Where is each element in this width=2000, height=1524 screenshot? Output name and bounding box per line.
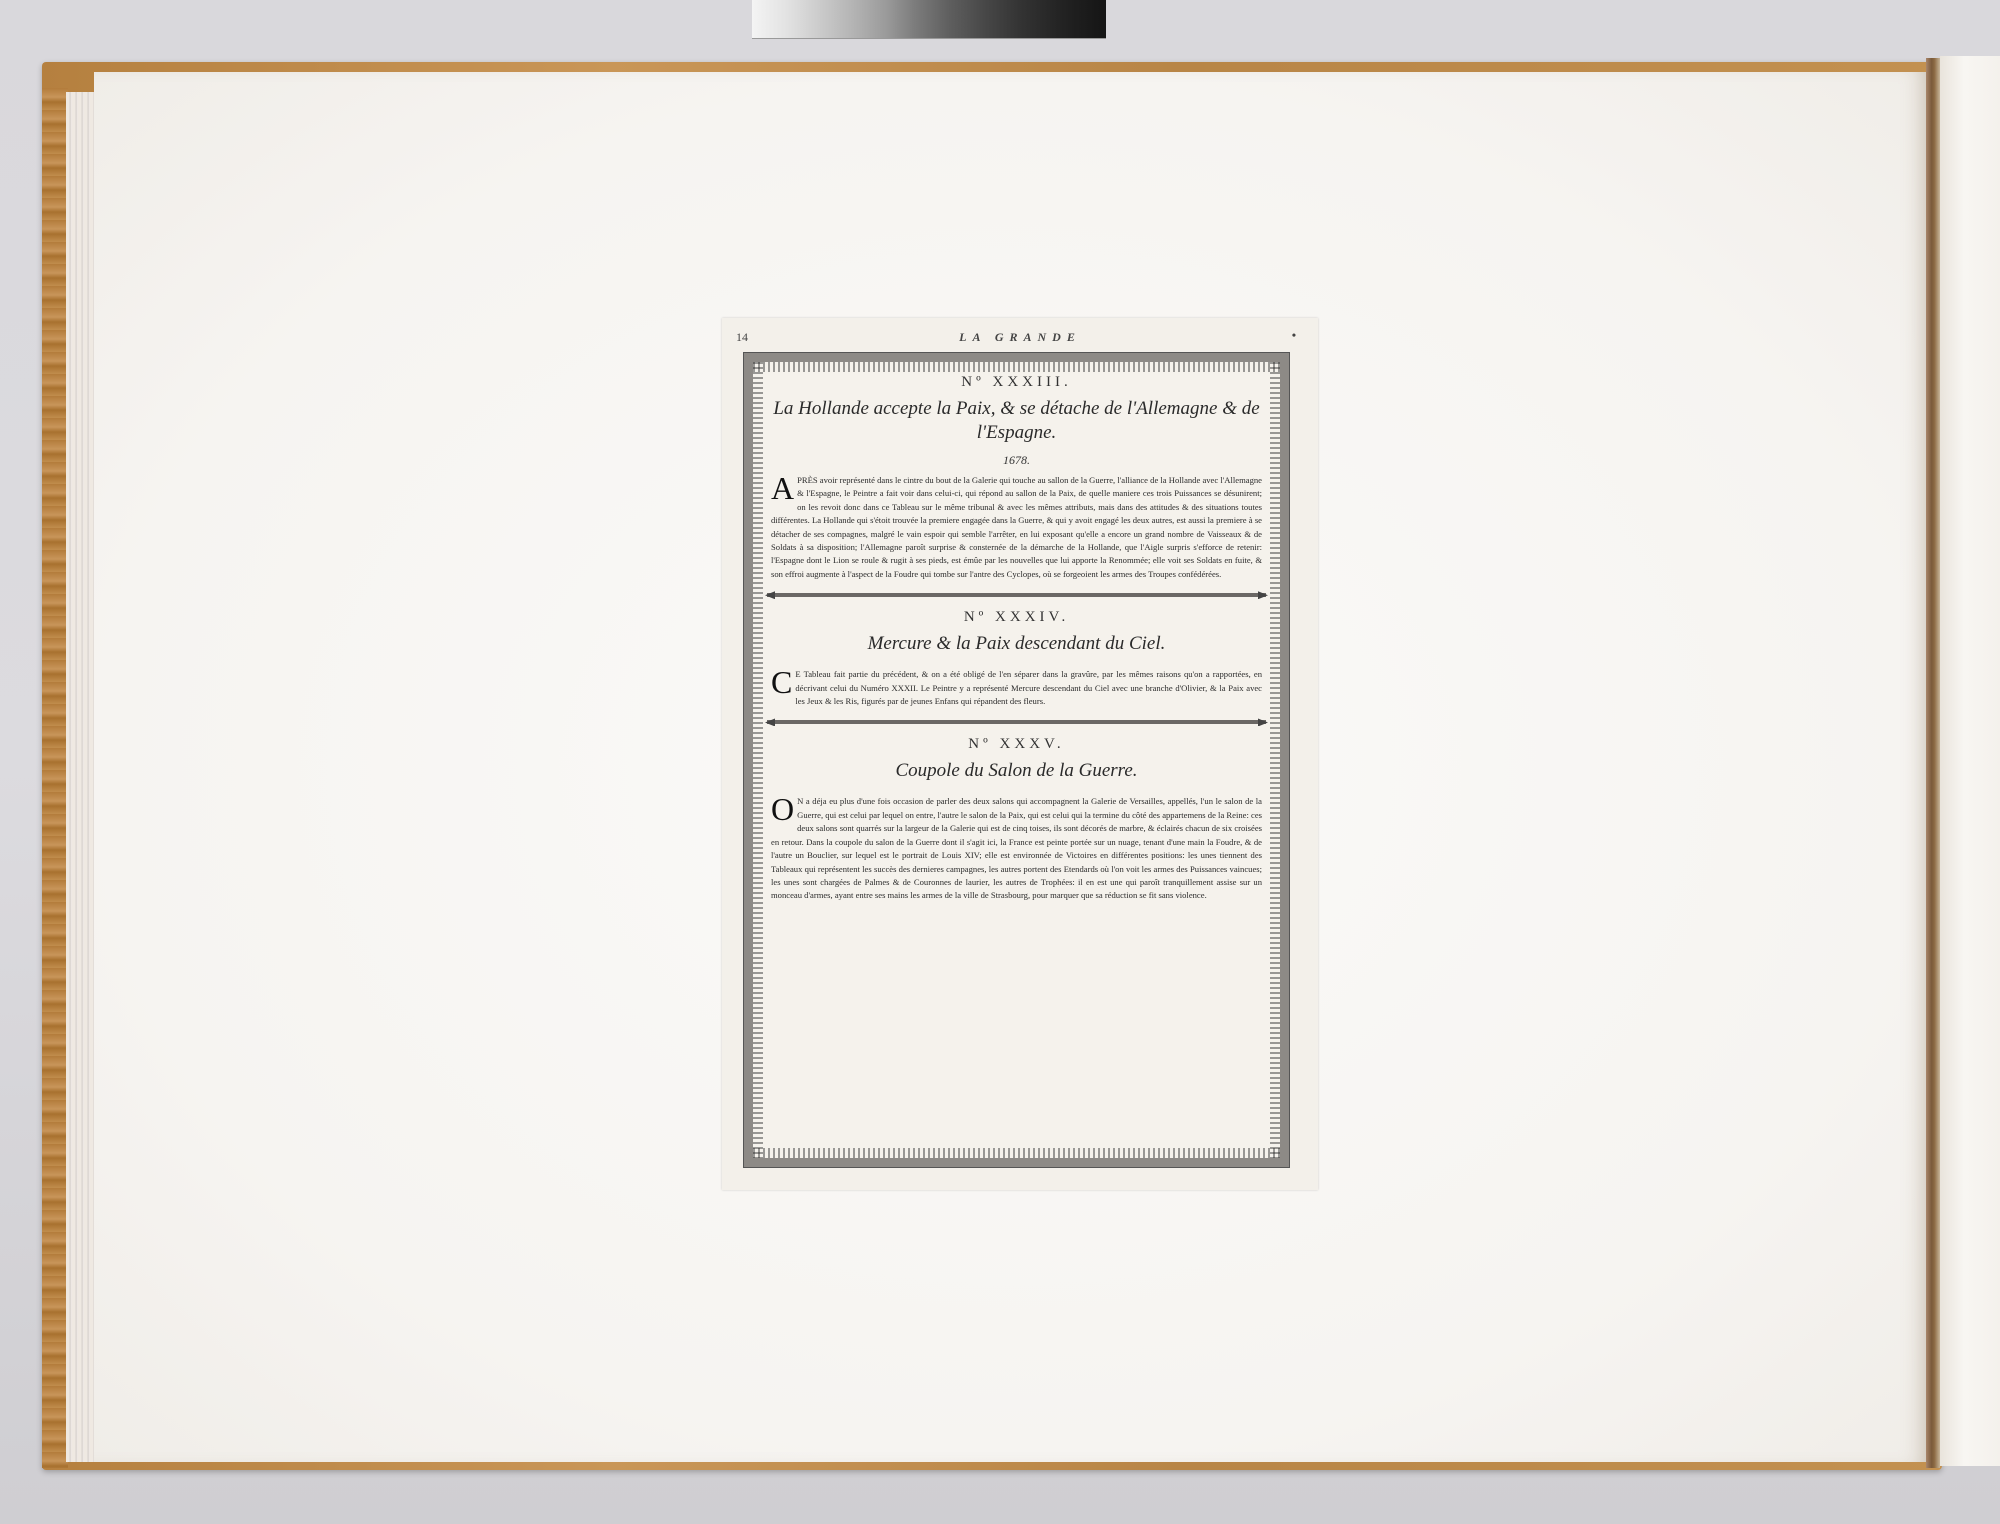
section-divider-rule	[767, 591, 1266, 599]
tipped-in-sheet: 14 LA GRANDE • Nº XXXIII. La Hollande ac…	[722, 318, 1318, 1190]
section-number: Nº XXXV.	[771, 736, 1262, 753]
section-divider-rule	[767, 718, 1266, 726]
section-body: C E Tableau fait partie du précédent, & …	[771, 668, 1262, 708]
book-gutter	[1926, 58, 1940, 1468]
drop-cap: C	[771, 669, 792, 695]
section-title: Coupole du Salon de la Guerre.	[771, 759, 1262, 783]
signature-mark: •	[1292, 328, 1296, 343]
section-text: E Tableau fait partie du précédent, & on…	[795, 669, 1262, 706]
section-title: Mercure & la Paix descendant du Ciel.	[771, 632, 1262, 656]
ornamental-frame: Nº XXXIII. La Hollande accepte la Paix, …	[743, 352, 1290, 1168]
page-stack-edge	[66, 92, 96, 1462]
section-year: 1678.	[771, 453, 1262, 468]
running-head-title: LA GRANDE	[722, 330, 1318, 345]
right-page-edge	[1940, 56, 2000, 1466]
book-spine-edge	[42, 88, 68, 1468]
section-body: O N a déja eu plus d'une fois occasion d…	[771, 795, 1262, 902]
section-text: PRÈS avoir représenté dans le cintre du …	[771, 475, 1262, 579]
drop-cap: A	[771, 475, 794, 501]
section-number: Nº XXXIV.	[771, 609, 1262, 626]
drop-cap: O	[771, 796, 794, 822]
section-number: Nº XXXIII.	[771, 374, 1262, 391]
running-head: 14 LA GRANDE •	[722, 330, 1318, 350]
section-xxxv: Nº XXXV. Coupole du Salon de la Guerre. …	[771, 736, 1262, 902]
section-body: A PRÈS avoir représenté dans le cintre d…	[771, 474, 1262, 581]
frame-content: Nº XXXIII. La Hollande accepte la Paix, …	[753, 362, 1280, 1158]
section-xxxiii: Nº XXXIII. La Hollande accepte la Paix, …	[771, 374, 1262, 581]
section-title: La Hollande accepte la Paix, & se détach…	[771, 397, 1262, 445]
color-calibration-strip	[752, 0, 1106, 39]
section-text: N a déja eu plus d'une fois occasion de …	[771, 796, 1262, 900]
section-xxxiv: Nº XXXIV. Mercure & la Paix descendant d…	[771, 609, 1262, 708]
